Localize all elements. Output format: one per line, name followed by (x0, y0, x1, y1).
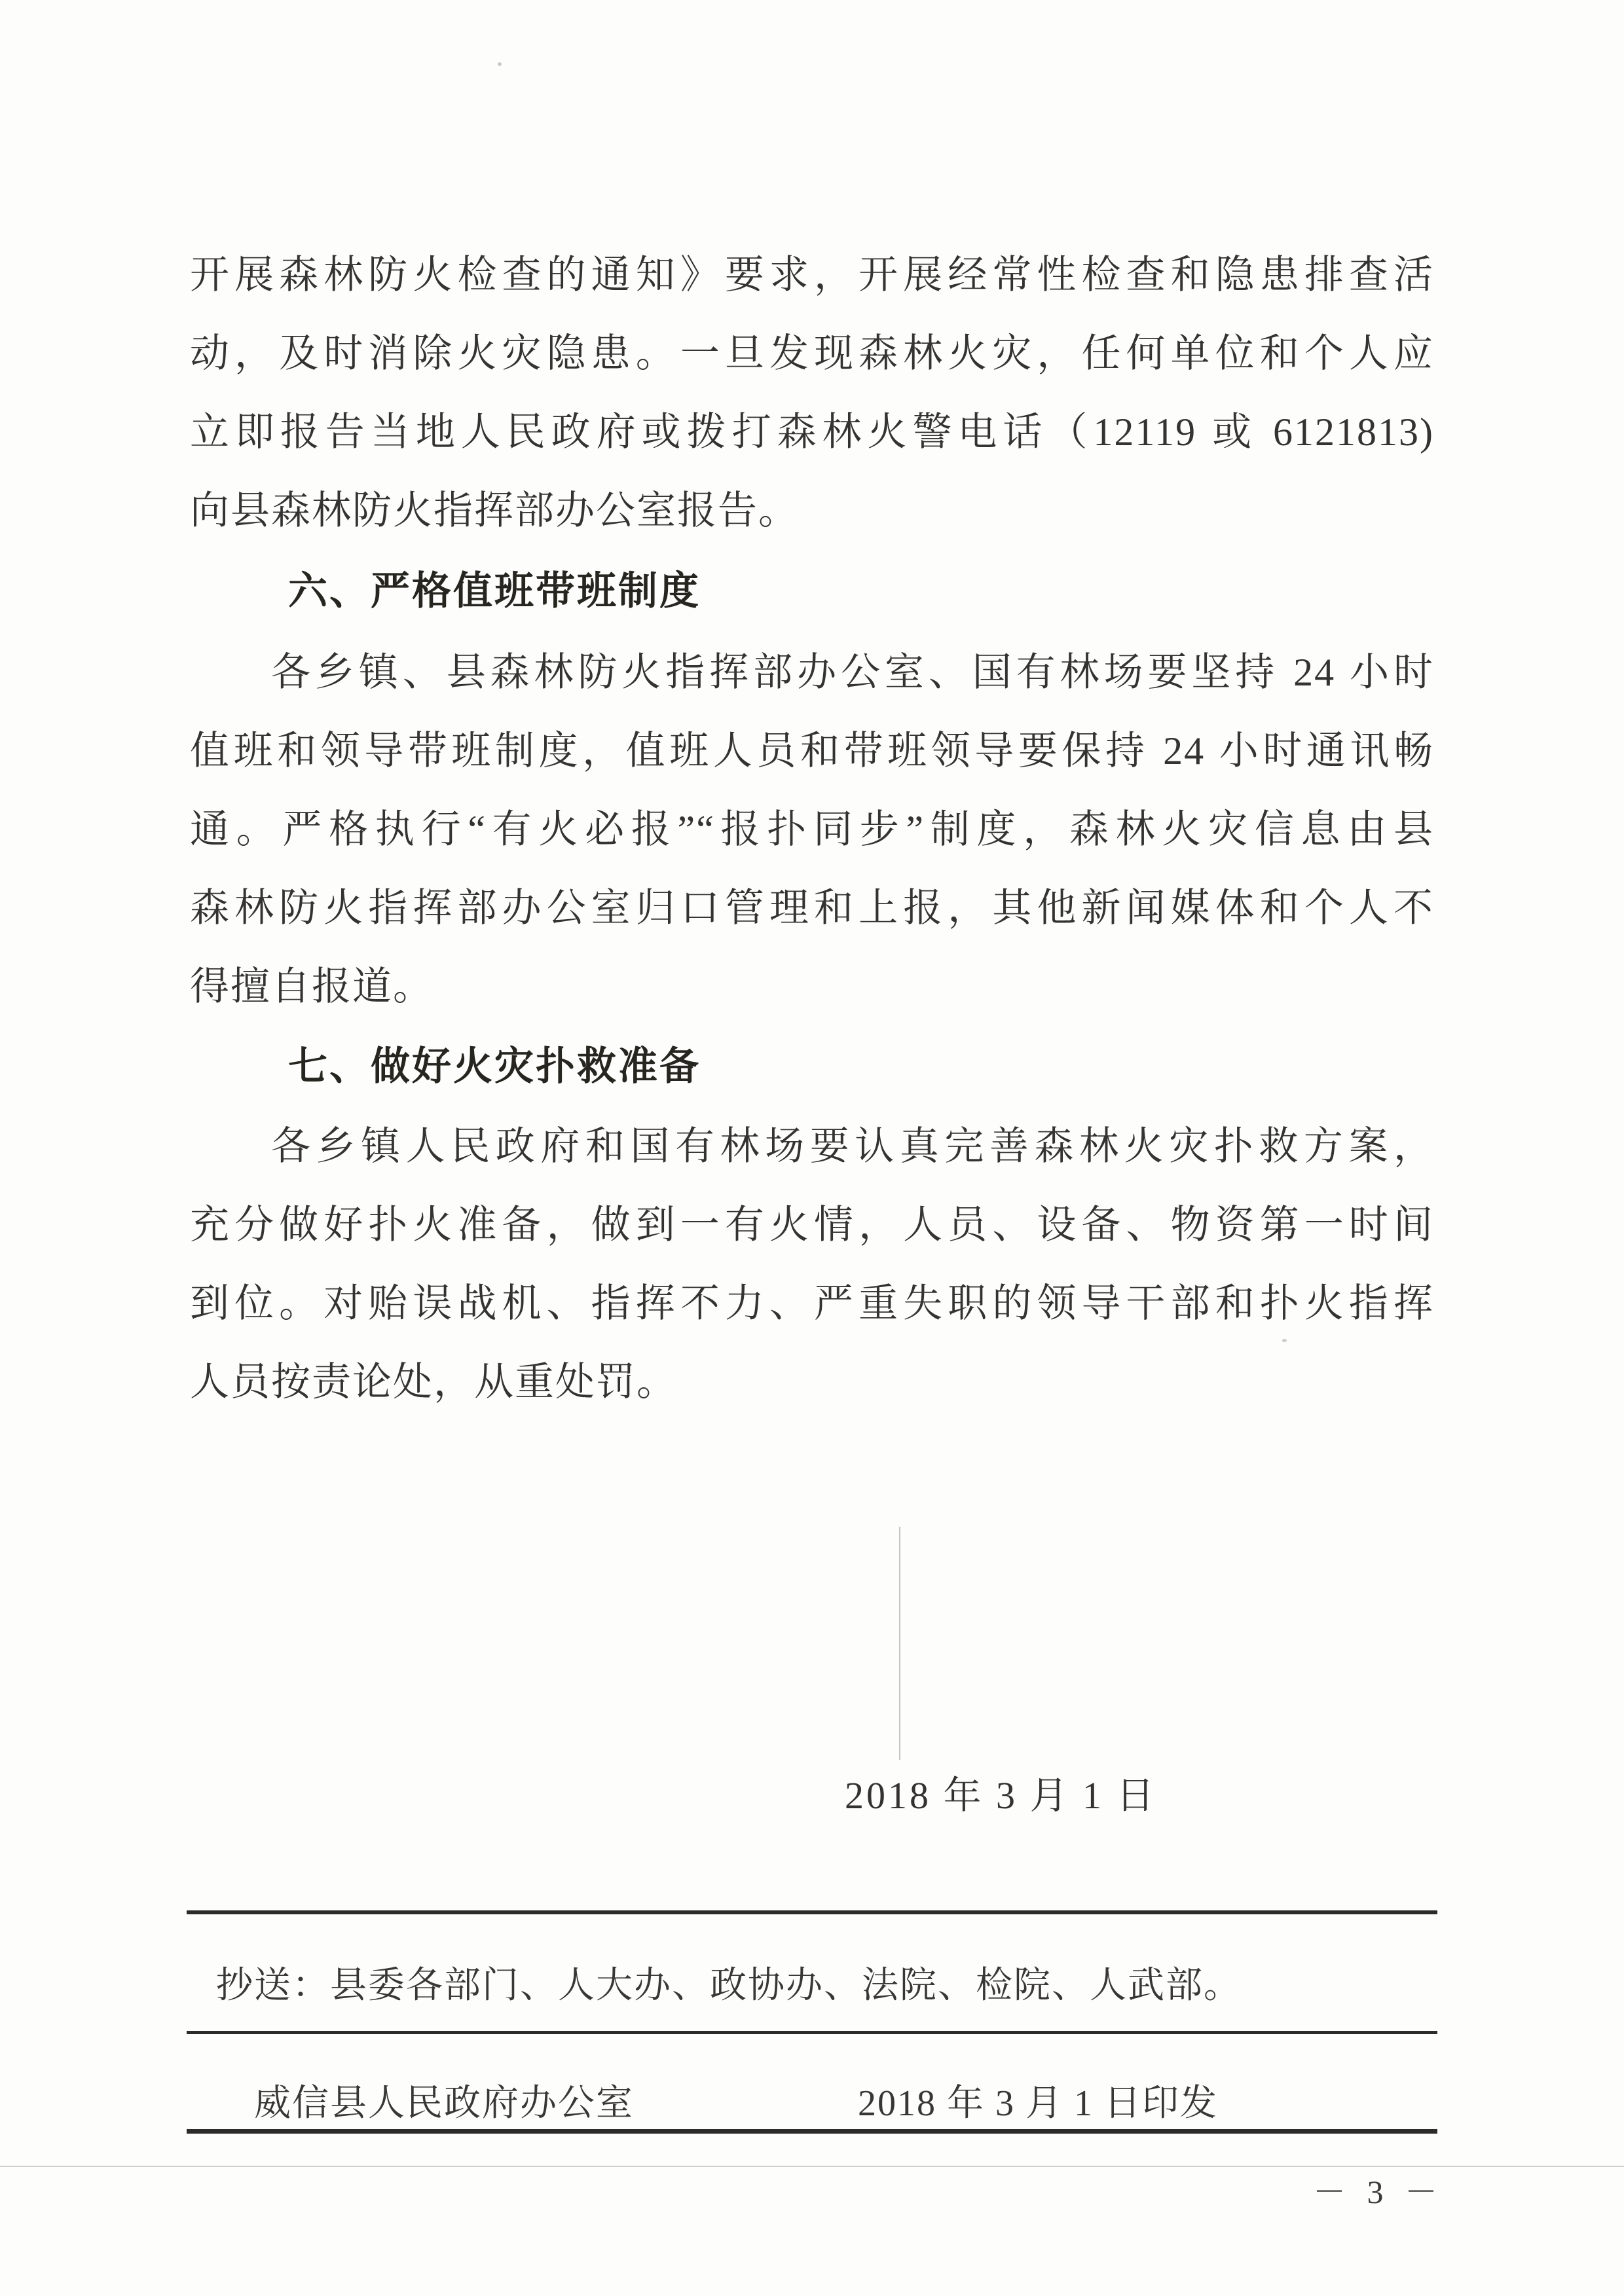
scanned-document-page: 开展森林防火检查的通知》要求，开展经常性检查和隐患排查活 动，及时消除火灾隐患。… (0, 0, 1624, 2296)
body-line: 通。严格执行“有火必报”“报扑同步”制度，森林火灾信息由县 (190, 807, 1434, 852)
page-number: － 3 － (1313, 2166, 1444, 2213)
footer-rule-bottom (187, 2129, 1437, 2134)
body-line: 森林防火指挥部办公室归口管理和上报，其他新闻媒体和个人不 (190, 885, 1434, 931)
body-line: 充分做好扑火准备，做到一有火情，人员、设备、物资第一时间 (190, 1202, 1434, 1248)
body-line: 值班和领导带班制度，值班人员和带班领导要保持 24 小时通讯畅 (190, 728, 1434, 774)
issuer-office: 威信县人民政府办公室 (254, 2074, 634, 2126)
body-line: 各乡镇人民政府和国有林场要认真完善森林火灾扑救方案， (190, 1123, 1434, 1169)
body-line: 到位。对贻误战机、指挥不力、严重失职的领导干部和扑火指挥 (190, 1281, 1434, 1326)
body-line: 得擅自报道。 (190, 964, 1434, 1010)
section-heading-6: 六、严格值班带班制度 (288, 568, 701, 614)
footer-rule-middle (187, 2031, 1437, 2034)
body-line: 开展森林防火检查的通知》要求，开展经常性检查和隐患排查活 (190, 252, 1434, 298)
body-line: 动，及时消除火灾隐患。一旦发现森林火灾，任何单位和个人应 (190, 331, 1434, 376)
body-line: 各乡镇、县森林防火指挥部办公室、国有林场要坚持 24 小时 (190, 649, 1434, 695)
scan-crease-line (899, 1527, 900, 1760)
cc-line: 抄送：县委各部门、人大办、政协办、法院、检院、人武部。 (216, 1956, 1242, 2009)
print-date: 2018 年 3 月 1 日印发 (858, 2074, 1218, 2126)
footer-rule-top (187, 1910, 1437, 1914)
scan-speck (498, 62, 502, 66)
body-line: 人员按责论处，从重处罚。 (190, 1359, 1434, 1405)
body-line: 向县森林防火指挥部办公室报告。 (190, 488, 1434, 534)
section-heading-7: 七、做好火灾扑救准备 (288, 1044, 701, 1089)
scan-speck (1282, 1339, 1287, 1342)
signature-date: 2018 年 3 月 1 日 (845, 1764, 1157, 1819)
body-line: 立即报告当地人民政府或拨打森林火警电话（12119 或 6121813) (190, 409, 1434, 455)
